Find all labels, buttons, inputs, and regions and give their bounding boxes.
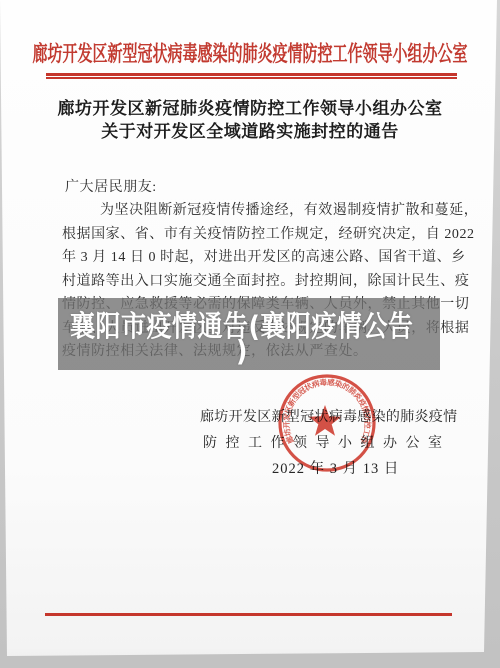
body-line: 根据国家、省、市有关疫情防控工作规定，经研究决定，自 2022	[62, 223, 475, 243]
letterhead-divider-thin	[46, 77, 457, 78]
body-line: 为坚决阻断新冠疫情传播途经，有效遏制疫情扩散和蔓延，	[100, 199, 478, 219]
body-line: 年 3 月 14 日 0 时起，对进出开发区的高速公路、国省干道、乡	[62, 246, 466, 266]
letterhead-text: 廊坊开发区新型冠状病毒感染的肺炎疫情防控工作领导小组办公室	[0, 38, 500, 68]
notice-title-line1: 廊坊开发区新冠肺炎疫情防控工作领导小组办公室	[0, 94, 500, 119]
seal-star-icon	[309, 405, 341, 436]
letterhead-divider-thick	[46, 73, 457, 76]
photographed-notice: 廊坊开发区新型冠状病毒感染的肺炎疫情防控工作领导小组办公室 廊坊开发区新冠肺炎疫…	[0, 0, 500, 668]
bottom-divider	[45, 613, 452, 616]
salutation: 广大居民朋友:	[65, 176, 157, 196]
caption-title-line2: )	[236, 334, 248, 367]
notice-title-line2: 关于对开发区全域道路实施封控的通告	[0, 117, 500, 142]
document-page: 廊坊开发区新型冠状病毒感染的肺炎疫情防控工作领导小组办公室 廊坊开发区新冠肺炎疫…	[0, 0, 500, 668]
official-seal-icon: 廊坊开发区新型冠状病毒感染的肺炎疫情防控工作领导小组办公室	[264, 360, 390, 486]
caption-banner: 襄阳市疫情通告(襄阳疫情公告 )	[58, 298, 440, 370]
body-line: 村道路等出入口实施交通全面封控。封控期间，除国计民生、疫	[62, 270, 469, 290]
